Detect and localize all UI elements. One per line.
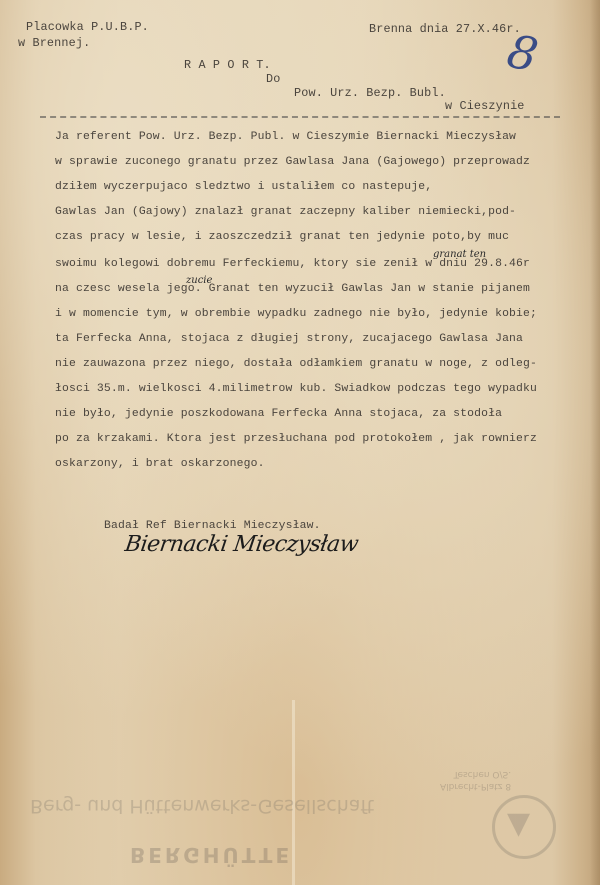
body-line: ta Ferfecka Anna, stojaca z długiej stro…: [55, 333, 523, 345]
watermark-address-line-1: Teschen O/S.: [453, 769, 511, 779]
sender-line-2: w Brennej.: [18, 36, 90, 50]
handwritten-insertion-zucie: zucie: [186, 275, 212, 286]
body-line: po za krzakami. Ktora jest przesłuchana …: [55, 433, 537, 445]
body-line: czas pracy w lesie, i zaoszczedził grana…: [55, 231, 509, 243]
handwritten-insertion-granat-ten: granat ten: [433, 249, 486, 260]
body-line: Gawlas Jan (Gajowy) znalazł granat zacze…: [55, 206, 516, 218]
closing-typed-name: Badał Ref Biernacki Mieczysław.: [104, 520, 321, 532]
body-line: i w momencie tym, w obrembie wypadku zad…: [55, 308, 537, 320]
recipient-line-1: Pow. Urz. Bezp. Bubl.: [294, 86, 446, 100]
paper-fold: [292, 700, 295, 885]
body-line: nie było, jedynie poszkodowana Ferfecka …: [55, 408, 502, 420]
body-line: nie zauwazona przez niego, dostała odłam…: [55, 358, 537, 370]
watermark-brand: BERGHÜTTE: [130, 843, 292, 867]
watermark-address: Albrecht-Platz 8 Teschen O/S.: [440, 768, 511, 792]
body-line: w sprawie zuconego granatu przez Gawlasa…: [55, 156, 530, 168]
place-date: Brenna dnia 27.X.46r.: [369, 22, 521, 36]
separator-rule: [40, 116, 560, 121]
recipient-line-2: w Cieszynie: [445, 99, 525, 113]
body-line: łosci 35.m. wielkosci 4.milimetrow kub. …: [55, 383, 537, 395]
document-title: R A P O R T.: [184, 58, 271, 72]
to-label: Do: [266, 72, 280, 86]
body-line: dziłem wyczerpujaco sledztwo i ustaliłem…: [55, 181, 432, 193]
watermark-logo-icon: ▼: [492, 795, 556, 859]
watermark-address-line-2: Albrecht-Platz 8: [440, 781, 511, 791]
body-line: Ja referent Pow. Urz. Bezp. Publ. w Cies…: [55, 131, 516, 143]
watermark-company: Berg- und Hüttenwerks-Gesellschaft: [30, 795, 374, 817]
handwritten-signature: Biernacki Mieczysław: [123, 532, 360, 557]
body-line: na czesc wesela jego. Granat ten wyzucił…: [55, 283, 530, 295]
paper-edge-shadow: [590, 0, 600, 885]
sender-line-1: Placowka P.U.B.P.: [26, 20, 149, 34]
document-page: Placowka P.U.B.P. w Brennej. Brenna dnia…: [0, 0, 600, 885]
body-line: oskarzony, i brat oskarzonego.: [55, 458, 265, 470]
